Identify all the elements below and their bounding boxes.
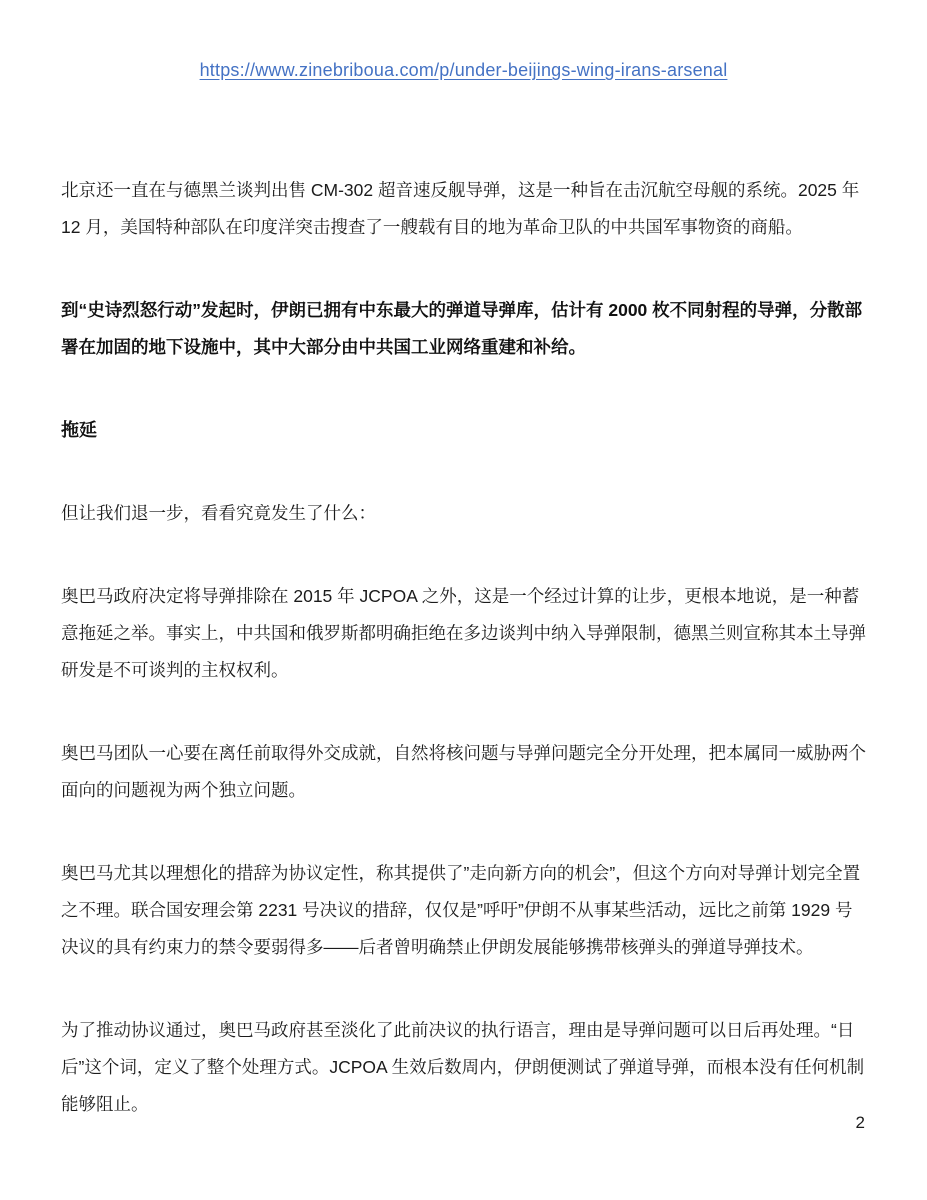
paragraph-missile-arsenal-bold: 到“史诗烈怒行动”发起时，伊朗已拥有中东最大的弹道导弹库，估计有 2000 枚不… bbox=[61, 292, 866, 366]
paragraph-cm302: 北京还一直在与德黑兰谈判出售 CM-302 超音速反舰导弹，这是一种旨在击沉航空… bbox=[61, 172, 866, 246]
paragraph-obama-jcpoa: 奥巴马政府决定将导弹排除在 2015 年 JCPOA 之外，这是一个经过计算的让… bbox=[61, 578, 866, 689]
source-url-link[interactable]: https://www.zinebriboua.com/p/under-beij… bbox=[200, 60, 728, 80]
paragraph-resolution-2231: 奥巴马尤其以理想化的措辞为协议定性，称其提供了”走向新方向的机会”，但这个方向对… bbox=[61, 855, 866, 966]
source-url-row: https://www.zinebriboua.com/p/under-beij… bbox=[61, 0, 866, 87]
paragraph-enforcement-language: 为了推动协议通过，奥巴马政府甚至淡化了此前决议的执行语言，理由是导弹问题可以日后… bbox=[61, 1012, 866, 1123]
section-heading-delay: 拖延 bbox=[61, 412, 866, 449]
page-number: 2 bbox=[856, 1112, 865, 1134]
paragraph-step-back: 但让我们退一步，看看究竟发生了什么： bbox=[61, 495, 866, 532]
document-page: https://www.zinebriboua.com/p/under-beij… bbox=[0, 0, 927, 1200]
page-content: https://www.zinebriboua.com/p/under-beij… bbox=[0, 0, 927, 1123]
paragraph-obama-team: 奥巴马团队一心要在离任前取得外交成就，自然将核问题与导弹问题完全分开处理，把本属… bbox=[61, 735, 866, 809]
